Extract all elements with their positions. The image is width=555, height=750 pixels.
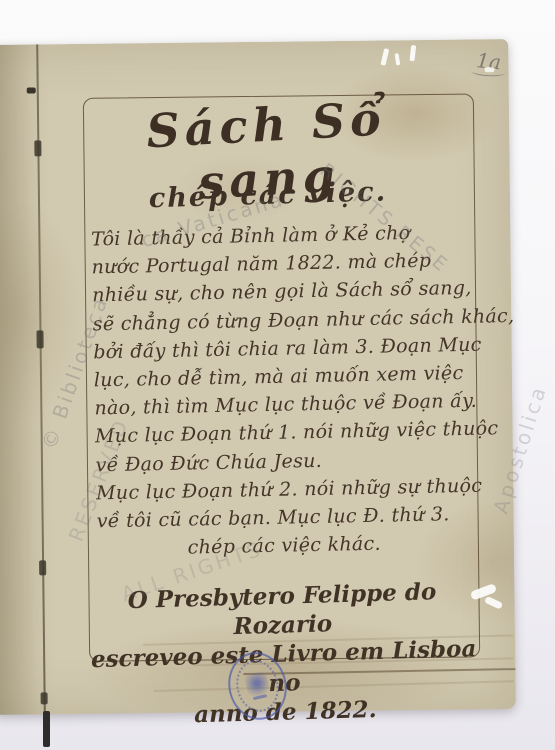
whiteout-mark bbox=[485, 67, 495, 72]
whiteout-mark bbox=[380, 48, 389, 66]
stitch-mark bbox=[27, 87, 36, 93]
manuscript-body: Tôi là thầy cả Bỉnh làm ở Kẻ chợ nước Po… bbox=[91, 218, 472, 564]
stitch-mark bbox=[39, 560, 46, 575]
whiteout-mark bbox=[484, 596, 503, 610]
stitch-mark bbox=[36, 330, 43, 348]
whiteout-mark bbox=[395, 53, 401, 65]
manuscript-page: Sách Sổ sang chép các việc. Tôi là thầy … bbox=[0, 39, 516, 715]
manuscript-scan: Sách Sổ sang chép các việc. Tôi là thầy … bbox=[0, 0, 555, 750]
watermark-text: Apostolica bbox=[489, 382, 552, 517]
stitch-mark bbox=[41, 692, 48, 704]
binding-thread-tail bbox=[43, 711, 50, 747]
stitch-mark bbox=[34, 140, 41, 156]
whiteout-mark bbox=[409, 45, 416, 61]
